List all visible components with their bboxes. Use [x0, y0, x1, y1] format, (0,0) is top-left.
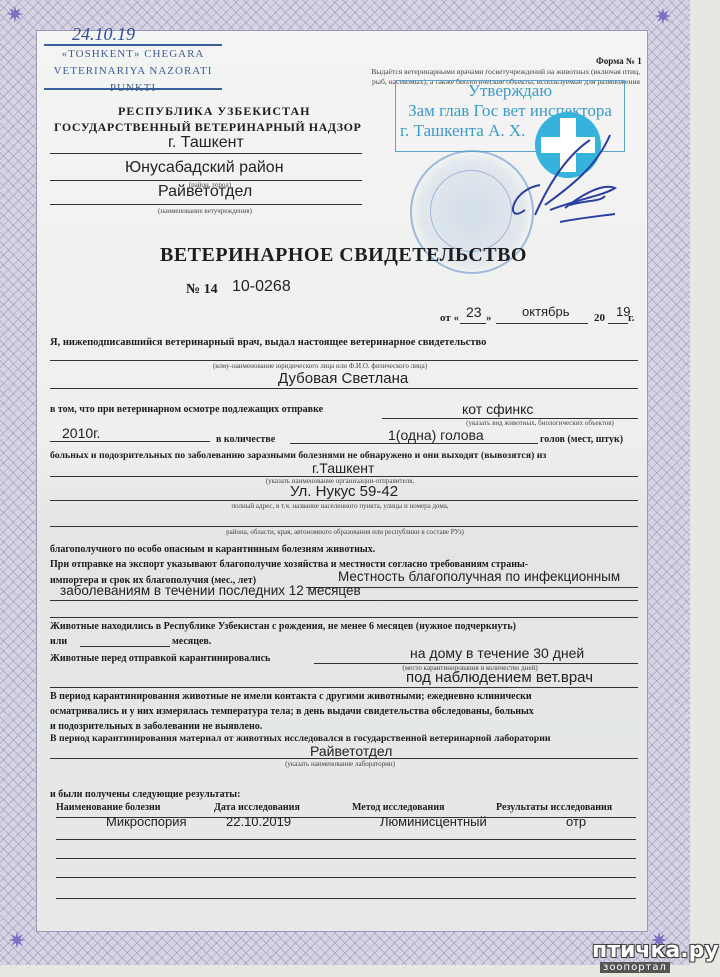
underline — [50, 388, 638, 389]
stamp-line: Зам глав Гос вет инспектора — [396, 101, 624, 121]
watermark-sub: зоопортал — [600, 962, 670, 973]
stamp-line: VETERINARIYA NAZORATI PUNKTI — [44, 63, 222, 97]
city: г. Ташкент — [168, 134, 244, 152]
declaration: Я, нижеподписавшийся ветеринарный врач, … — [50, 337, 486, 348]
underline — [290, 443, 538, 444]
republic-heading: РЕСПУБЛИКА УЗБЕКИСТАН — [118, 104, 310, 119]
underline — [50, 500, 638, 501]
address-caption: полный адрес, в т.ч. название населенног… — [200, 502, 480, 510]
export-value-1: Местность благополучная по инфекционным — [338, 569, 620, 584]
underline — [50, 687, 638, 688]
signature — [505, 130, 625, 240]
table-cell-date: 22.10.2019 — [226, 814, 291, 829]
document-title: ВЕТЕРИНАРНОЕ СВИДЕТЕЛЬСТВО — [160, 244, 527, 267]
safe-text: благополучного по особо опасным и карант… — [50, 544, 375, 555]
paragraph-line: В период карантинирования животные не им… — [50, 689, 650, 704]
recipient-caption: (кому-наименование юридического лица или… — [170, 362, 470, 370]
export-value-2: заболеваниям в течении последних 12 меся… — [60, 583, 361, 598]
table-cell-disease: Микроспория — [106, 814, 187, 829]
underline — [50, 526, 638, 527]
results-intro: и были получены следующие результаты: — [50, 789, 240, 800]
quarantine-paragraph: В период карантинирования животные не им… — [50, 689, 650, 734]
lab-caption: (указать наименование лаборатории) — [250, 760, 430, 768]
animal-caption: (указать вид животных, биологических объ… — [440, 419, 640, 427]
underline — [50, 617, 638, 618]
column-header: Дата исследования — [214, 802, 300, 813]
date-suffix: г. — [628, 312, 635, 324]
underline — [50, 600, 638, 601]
watermark-brand: птичка.ру — [592, 938, 719, 963]
date-day: 23 — [466, 304, 482, 320]
region-caption: района, области, края, автономного образ… — [170, 528, 520, 536]
underline — [50, 758, 638, 759]
quantity: 1(одна) голова — [388, 427, 484, 443]
quarantine-value-1: на дому в течение 30 дней — [410, 645, 584, 661]
corner-star-icon: ✷ — [650, 4, 676, 30]
certificate-number: 10-0268 — [232, 278, 291, 296]
lab-name: Райветотдел — [310, 743, 392, 759]
recipient: Дубовая Светлана — [278, 370, 408, 387]
issue-date: от « 23 » октябрь 20 19 г. — [440, 306, 640, 326]
paragraph-line: осматривались и у них измерялась темпера… — [50, 704, 650, 719]
form-number: Форма № 1 — [596, 56, 642, 66]
column-header: Метод исследования — [352, 802, 445, 813]
issued-note-line: Выдаётся ветеринарными врачами госветучр… — [300, 67, 640, 77]
number-prefix: № 14 — [186, 282, 218, 298]
quarantine-label: Животные перед отправкой карантинировали… — [50, 653, 270, 664]
sick-text: больных и подозрительных по заболеванию … — [50, 450, 546, 461]
residence-months: месяцев. — [172, 636, 211, 647]
animal: кот сфинкс — [462, 401, 533, 417]
institution-caption: (наименование ветучреждения) — [100, 207, 310, 215]
origin-address: Ул. Нукус 59-42 — [290, 483, 398, 500]
birth-year: 2010г. — [62, 425, 100, 441]
stamp-line: «TOSHKENT» CHEGARA — [44, 46, 222, 63]
agency-heading: ГОСУДАРСТВЕННЫЙ ВЕТЕРИНАРНЫЙ НАДЗОР — [54, 120, 361, 135]
underline — [56, 858, 636, 859]
institution: Райветотдел — [158, 183, 252, 201]
underline — [50, 441, 210, 442]
date-year-prefix: 20 — [594, 312, 605, 324]
corner-star-icon: ✷ — [4, 928, 30, 954]
quantity-label: в количестве — [216, 434, 275, 445]
quarantine-value-2: под наблюдением вет.врач — [406, 669, 593, 686]
underline — [80, 646, 170, 647]
underline — [56, 898, 636, 899]
column-header: Наименование болезни — [56, 802, 161, 813]
lab-text: В период карантинирования материал от жи… — [50, 733, 550, 744]
stamp-line: Утверждаю — [396, 81, 624, 101]
date-month: октябрь — [522, 304, 570, 319]
district: Юнусабадский район — [125, 159, 284, 177]
date-mid: » — [486, 312, 492, 324]
residence-or: или — [50, 636, 67, 647]
inspection-text: в том, что при ветеринарном осмотре подл… — [50, 404, 323, 415]
date-prefix: от « — [440, 312, 459, 324]
corner-star-icon: ✷ — [2, 2, 28, 28]
underline — [50, 153, 362, 154]
table-cell-result: отр — [566, 814, 586, 829]
underline — [50, 360, 638, 361]
border-post-stamp: «TOSHKENT» CHEGARA VETERINARIYA NAZORATI… — [44, 44, 222, 90]
paragraph-line: и подозрительных в заболевании не выявле… — [50, 719, 650, 734]
origin-city: г.Ташкент — [312, 460, 374, 476]
underline — [56, 877, 636, 878]
underline — [56, 839, 636, 840]
table-cell-method: Люминисцентный — [380, 814, 487, 829]
handwritten-date: 24.10.19 — [72, 24, 135, 45]
residence-text: Животные находились в Республике Узбекис… — [50, 621, 516, 632]
column-header: Результаты исследования — [496, 802, 612, 813]
quantity-unit: голов (мест, штук) — [540, 434, 623, 445]
underline — [50, 204, 362, 205]
